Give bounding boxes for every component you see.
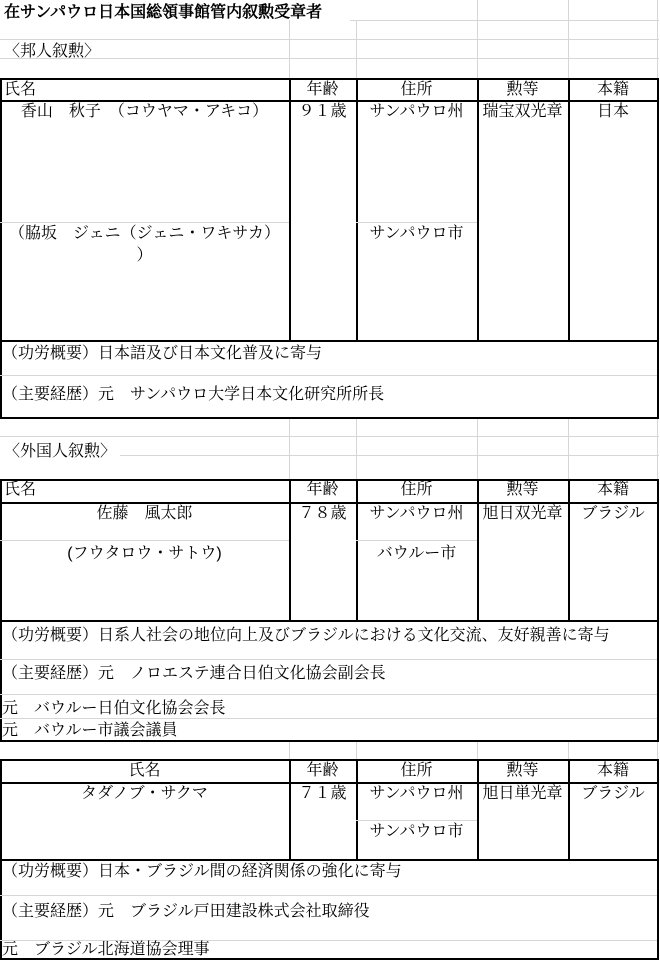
column-header-registry: 本籍	[568, 82, 658, 98]
cell-address-city: バウルー市	[356, 546, 477, 562]
merit-summary: （功労概要）日本・ブラジル間の経済関係の強化に寄与	[2, 864, 402, 880]
column-header-address: 住所	[356, 763, 477, 779]
column-header-decoration: 勲等	[477, 763, 568, 779]
section-label-foreign: 〈外国人叙勲〉	[4, 444, 116, 460]
cell-address-state: サンパウロ州	[356, 104, 477, 120]
border-line	[0, 759, 659, 761]
merit-summary: （功労概要）日本語及び日本文化普及に寄与	[2, 346, 322, 362]
grid-line	[0, 659, 657, 660]
border-line	[477, 479, 479, 622]
border-line	[0, 340, 659, 342]
career-line: 元 バウルー日伯文化協会会長	[2, 701, 226, 717]
column-header-name: 氏名	[4, 482, 36, 498]
cell-alt-name-line1: （脇坂 ジェニ（ジェニ・ワキサカ）	[0, 226, 289, 242]
cell-registry: ブラジル	[568, 506, 658, 522]
grid-line	[120, 455, 659, 456]
cell-name: 香山 秋子 （コウヤマ・アキコ）	[0, 104, 289, 120]
column-header-age: 年齢	[289, 482, 356, 498]
cell-age: ９１歳	[289, 104, 356, 120]
grid-line	[289, 20, 290, 78]
grid-line	[0, 540, 289, 541]
grid-line	[657, 419, 658, 479]
career-line: （主要経歴）元 サンパウロ大学日本文化研究所所長	[2, 387, 384, 403]
grid-line	[356, 742, 357, 759]
border-line	[0, 958, 659, 960]
cell-registry: 日本	[568, 104, 658, 120]
column-header-decoration: 勲等	[477, 482, 568, 498]
border-line	[657, 78, 659, 419]
spreadsheet-document: { "page": { "title": "在サンパウロ日本国総領事館管内叙勲受…	[0, 0, 660, 961]
column-header-address: 住所	[356, 482, 477, 498]
grid-line	[0, 694, 657, 695]
grid-line	[477, 742, 478, 759]
column-header-age: 年齢	[289, 82, 356, 98]
border-line	[0, 78, 659, 80]
grid-line	[356, 222, 477, 223]
career-line: 元 バウルー市議会議員	[2, 723, 178, 739]
grid-line	[477, 0, 478, 78]
border-line	[0, 859, 659, 861]
grid-line	[0, 436, 659, 437]
cell-address-state: サンパウロ州	[356, 786, 477, 802]
border-line	[0, 620, 659, 622]
grid-line	[0, 375, 657, 376]
grid-line	[0, 222, 289, 223]
cell-name: 佐藤 風太郎	[0, 506, 289, 522]
grid-line	[356, 820, 477, 821]
grid-line	[0, 895, 657, 896]
grid-line	[0, 718, 657, 719]
column-header-registry: 本籍	[568, 482, 658, 498]
grid-line	[289, 419, 290, 479]
border-line	[0, 782, 659, 784]
column-header-name: 氏名	[4, 82, 36, 98]
grid-line	[568, 0, 569, 78]
grid-line	[356, 20, 357, 78]
page-title: 在サンパウロ日本国総領事館管内叙勲受章者	[4, 5, 322, 21]
cell-decoration: 旭日単光章	[477, 786, 568, 802]
column-header-age: 年齢	[289, 763, 356, 779]
border-line	[0, 740, 659, 742]
career-line: （主要経歴）元 ノロエステ連合日伯文化協会副会長	[2, 666, 386, 682]
grid-line	[289, 742, 290, 759]
career-line: （主要経歴）元 ブラジル戸田建設株式会社取締役	[2, 904, 370, 920]
cell-decoration: 瑞宝双光章	[477, 104, 568, 120]
cell-address-state: サンパウロ州	[356, 506, 477, 522]
grid-line	[356, 540, 477, 541]
cell-decoration: 旭日双光章	[477, 506, 568, 522]
column-header-address: 住所	[356, 82, 477, 98]
grid-line	[0, 58, 659, 59]
merit-summary: （功労概要）日系人社会の地位向上及びブラジルにおける文化交流、友好親善に寄与	[2, 628, 610, 644]
cell-registry: ブラジル	[568, 786, 658, 802]
grid-line	[568, 419, 569, 479]
cell-age: ７１歳	[289, 786, 356, 802]
grid-line	[657, 742, 658, 759]
cell-address-city: サンパウロ市	[356, 824, 477, 840]
cell-age: ７８歳	[289, 506, 356, 522]
border-line	[568, 479, 570, 622]
border-line	[0, 502, 659, 504]
grid-line	[657, 0, 658, 78]
column-header-registry: 本籍	[568, 763, 658, 779]
cell-name-reading: (フウタロウ・サトウ)	[0, 546, 289, 562]
cell-address-city: サンパウロ市	[356, 226, 477, 242]
grid-line	[477, 419, 478, 479]
border-line	[0, 417, 659, 419]
grid-line	[350, 20, 659, 21]
cell-name: タダノブ・サクマ	[0, 786, 289, 802]
grid-line	[568, 742, 569, 759]
grid-line	[0, 39, 659, 40]
column-header-name: 氏名	[0, 763, 289, 779]
column-header-decoration: 勲等	[477, 82, 568, 98]
cell-alt-name-line2: ）	[0, 248, 289, 264]
border-line	[0, 100, 659, 102]
border-line	[289, 479, 291, 622]
career-line: 元 ブラジル北海道協会理事	[2, 942, 210, 958]
grid-line	[356, 419, 357, 479]
